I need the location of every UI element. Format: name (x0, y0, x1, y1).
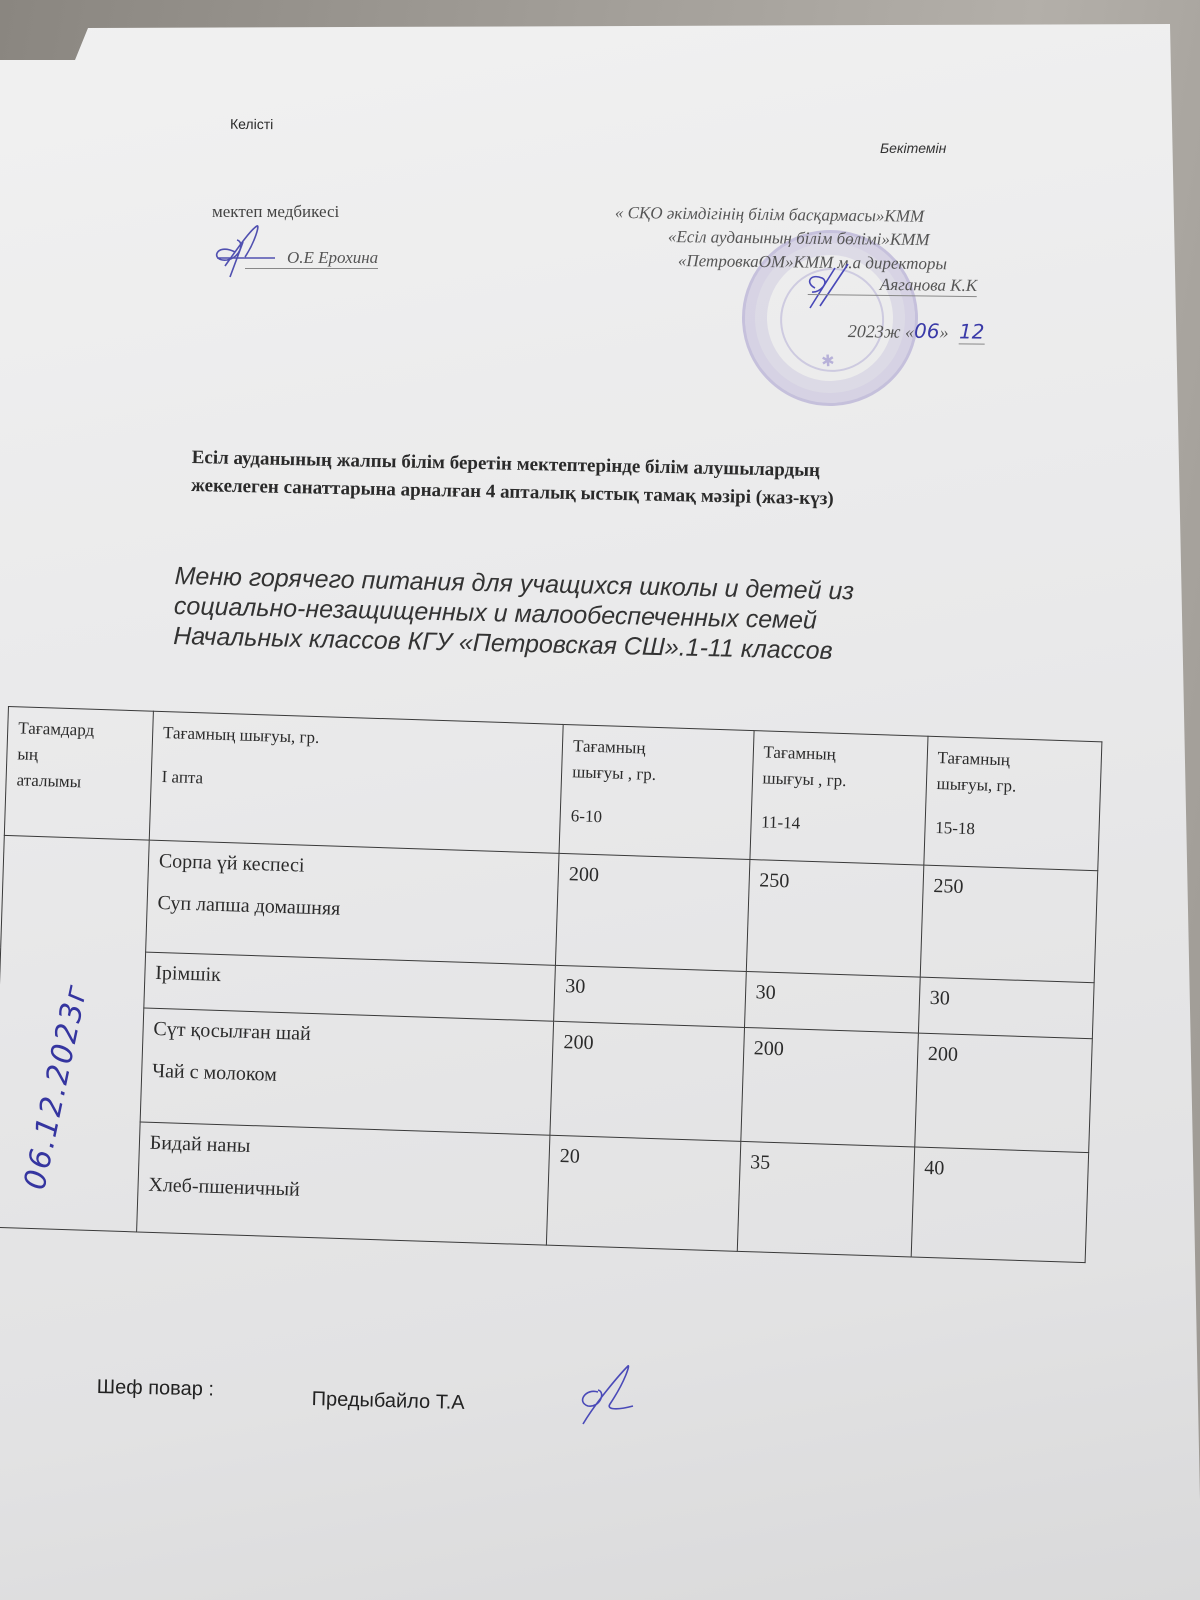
chef-signature-icon (568, 1362, 648, 1432)
header-text: аталымы (16, 767, 141, 797)
header-text: 6-10 (570, 803, 740, 834)
approve-label: Бекітемін (880, 140, 946, 156)
header-text: шығуы, гр. (936, 771, 1090, 802)
header-text: ың (17, 741, 142, 771)
org-line-1: « СҚО әкімдігінің білім басқармасы»КММ (615, 203, 924, 227)
approval-date: 2023ж «06» 12 (848, 318, 985, 344)
portion-11-14: 30 (744, 971, 920, 1033)
dish-name-cell: Сүт қосылған шай Чай с молоком (140, 1008, 554, 1135)
menu-table: Тағамдард ың аталымы Тағамның шығуы, гр.… (0, 706, 1102, 1263)
header-week: Тағамның шығуы, гр. I апта (149, 711, 563, 853)
chef-role: Шеф повар : (97, 1376, 215, 1401)
header-text: шығуы , гр. (572, 759, 742, 790)
header-age-15-18: Тағамның шығуы, гр. 15-18 (924, 736, 1102, 871)
header-text: 15-18 (935, 815, 1089, 846)
title-ru: Меню горячего питания для учащихся школы… (173, 561, 854, 666)
portion-15-18: 40 (911, 1147, 1089, 1263)
portion-15-18: 30 (918, 977, 1094, 1039)
portion-11-14: 250 (746, 860, 924, 978)
approval-date-day: 06 (914, 319, 940, 343)
date-cell: 06.12.2023г (0, 835, 149, 1231)
approval-date-close: » (939, 322, 948, 342)
portion-15-18: 200 (914, 1033, 1092, 1153)
dish-name-cell: Сорпа үй кеспесі Суп лапша домашняя (145, 840, 559, 965)
portion-11-14: 35 (737, 1141, 915, 1257)
dish-name-cell: Бидай наны Хлеб-пшеничный (136, 1122, 550, 1245)
header-age-11-14: Тағамның шығуы , гр. 11-14 (749, 731, 927, 866)
handwritten-date: 06.12.2023г (23, 982, 90, 1192)
portion-6-10: 200 (556, 853, 750, 971)
org-line-2: «Есіл ауданының білім бөлімі»КММ (668, 227, 930, 250)
portion-6-10: 200 (550, 1021, 744, 1141)
nurse-name: О.Е Ерохина (245, 248, 378, 269)
approval-date-month: 12 (959, 319, 985, 344)
header-text: шығуы , гр. (762, 765, 916, 796)
portion-11-14: 200 (740, 1027, 918, 1147)
chef-name: Предыбайло Т.А (311, 1388, 465, 1415)
stamp-star-icon: ✱ (821, 351, 835, 372)
portion-15-18: 250 (920, 865, 1098, 983)
header-dish-name: Тағамдард ың аталымы (4, 707, 153, 841)
portion-6-10: 20 (546, 1135, 740, 1251)
header-age-6-10: Тағамның шығуы , гр. 6-10 (559, 724, 753, 859)
nurse-position: мектеп медбикесі (212, 202, 339, 222)
header-text: Тағамдард (18, 715, 143, 745)
header-text: 11-14 (761, 809, 915, 840)
dish-name-kz: Ірімшік (155, 961, 545, 998)
portion-6-10: 30 (554, 965, 746, 1027)
director-name: Аяганова К.К (808, 274, 977, 297)
agreed-label: Келісті (230, 116, 273, 132)
approval-date-prefix: 2023ж « (848, 321, 914, 342)
